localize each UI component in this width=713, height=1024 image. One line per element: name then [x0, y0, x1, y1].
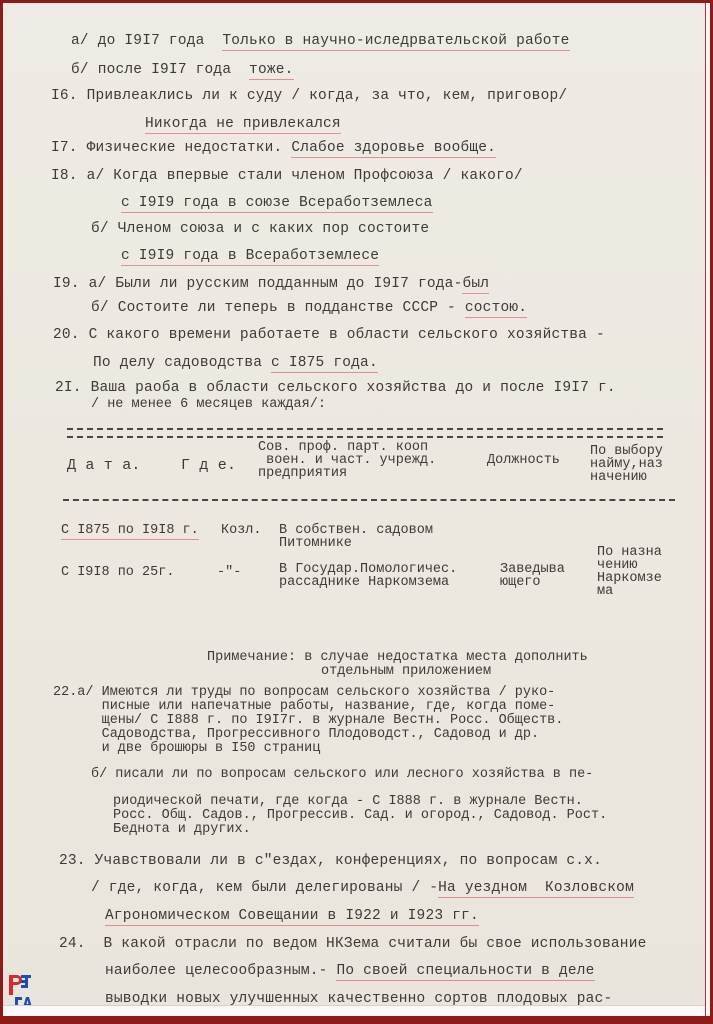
q20-answer-prefix: По делу садоводства [93, 355, 271, 371]
q23-answer: На уездном Козловском [438, 880, 634, 898]
table-row-1-institution: В собствен. садовом Питомнике [279, 524, 433, 550]
table-header-where: Г д е. [181, 458, 236, 474]
table-row-2-institution: В Государ.Помологичес. рассаднике Нарком… [279, 563, 457, 589]
q24-line1: 24. В какой отрасли по ведом НКЗема счит… [59, 936, 647, 952]
q22-a-line: и две брошюры в I50 страниц [53, 742, 320, 755]
table-rule-top [67, 428, 663, 430]
q21-question-line2: / не менее 6 месяцев каждая/: [91, 398, 326, 411]
q24-answer: По своей специальности в деле [336, 963, 594, 981]
q18-a-answer-text: с I9I9 года в союзе Всеработземлеса [121, 195, 433, 213]
q20-question: 20. С какого времени работаете в области… [53, 327, 605, 343]
q19-a-answer: был [462, 276, 489, 294]
note-line2: отдельным приложением [321, 665, 491, 678]
q23-line1: 23. Учавствовали ли в с"ездах, конференц… [59, 853, 602, 869]
q15-b-answer: тоже. [249, 62, 294, 80]
q17-question: I7. Физические недостатки. [51, 140, 282, 156]
table-header-institution: Сов. проф. парт. кооп воен. и част. учре… [258, 441, 436, 480]
q19-a: I9. а/ Были ли русским подданным до I9I7… [53, 276, 489, 292]
q18-b-answer: с I9I9 года в Всеработземлесе [121, 248, 379, 264]
q15-b: б/ после I9I7 года тоже. [71, 62, 294, 78]
q24-line2: наиболее целесообразным.- По своей специ… [105, 963, 595, 979]
q17: I7. Физические недостатки. Слабое здоров… [51, 140, 496, 156]
q18-a-question: I8. а/ Когда впервые стали членом Профсо… [51, 168, 523, 184]
q22-b-line: б/ писали ли по вопросам сельского или л… [91, 768, 593, 781]
table-row-2-where: -"- [217, 566, 241, 579]
q22-a-line: щены/ С I888 г. по I9I7г. в журнале Вест… [53, 714, 563, 727]
q15-a-label: а/ до I9I7 года [71, 33, 205, 49]
table-row-1-where: Козл. [221, 524, 262, 537]
q15-a-answer: Только в научно-иследрвательской работе [222, 33, 569, 51]
q16-answer-text: Никогда не привлекался [145, 116, 341, 134]
q17-answer: Слабое здоровье вообще. [291, 140, 496, 158]
q23-line3: Агрономическом Совещании в I922 и I923 г… [105, 908, 479, 924]
q22-a-line: 22.а/ Имеются ли труды по вопросам сельс… [53, 686, 555, 699]
q22-b-line: риодической печати, где когда - С I888 г… [113, 795, 583, 808]
table-rule-bottom [63, 499, 675, 501]
q19-b: б/ Состоите ли теперь в подданстве СССР … [91, 300, 527, 316]
q18-a-answer: с I9I9 года в союзе Всеработземлеса [121, 195, 433, 211]
q18-b-question: б/ Членом союза и с каких пор состоите [91, 221, 429, 237]
q15-b-label: б/ после I9I7 года [71, 62, 231, 78]
q19-b-answer: состою. [465, 300, 527, 318]
q15-a: а/ до I9I7 года Только в научно-иследрва… [71, 33, 570, 49]
table-row-2-appointment: По назна чению Наркомзе ма [597, 546, 662, 598]
q24-question: наиболее целесообразным.- [105, 963, 336, 979]
q23-line2: / где, когда, кем были делегированы / -Н… [91, 880, 634, 896]
q23-question: / где, когда, кем были делегированы / - [91, 880, 438, 896]
note-line1: Примечание: в случае недостатка места до… [207, 651, 588, 664]
table-row-2-position: Заведыва ющего [500, 563, 565, 589]
bottom-margin-strip [3, 1005, 710, 1016]
q21-question-line1: 2I. Ваша раоба в области сельского хозяй… [55, 380, 616, 396]
q23-answer-cont: Агрономическом Совещании в I922 и I923 г… [105, 908, 479, 926]
table-header-date: Д а т а. [67, 458, 141, 474]
q19-b-question: б/ Состоите ли теперь в подданстве СССР … [91, 300, 465, 316]
q22-b-line: Беднота и других. [113, 823, 251, 836]
q20-answer: По делу садоводства с I875 года. [93, 355, 378, 371]
row-1-date-text: С I875 по I9I8 г. [61, 523, 199, 540]
q18-b-answer-text: с I9I9 года в Всеработземлесе [121, 248, 379, 266]
q19-a-question: I9. а/ Были ли русским подданным до I9I7… [53, 276, 462, 292]
table-header-position: Должность [487, 454, 560, 467]
q16-question: I6. Привлеаклись ли к суду / когда, за ч… [51, 88, 567, 104]
table-row-1-date: С I875 по I9I8 г. [61, 524, 199, 537]
table-rule-top-2 [67, 436, 663, 438]
q22-a-line: Садоводства, Прогрессивного Плодоводст.,… [53, 728, 539, 741]
table-header-appointment: По выбору найму,наз начению [590, 445, 663, 484]
document-page: а/ до I9I7 года Только в научно-иследрва… [0, 0, 713, 1024]
q16-answer: Никогда не привлекался [145, 116, 341, 132]
q20-answer-text: с I875 года. [271, 355, 378, 373]
q22-a-line: писные или напечатные работы, название, … [53, 700, 555, 713]
table-row-2-date: С I9I8 по 25г. [61, 566, 174, 579]
q22-b-line: Росс. Общ. Садов., Прогрессив. Сад. и ог… [113, 809, 607, 822]
